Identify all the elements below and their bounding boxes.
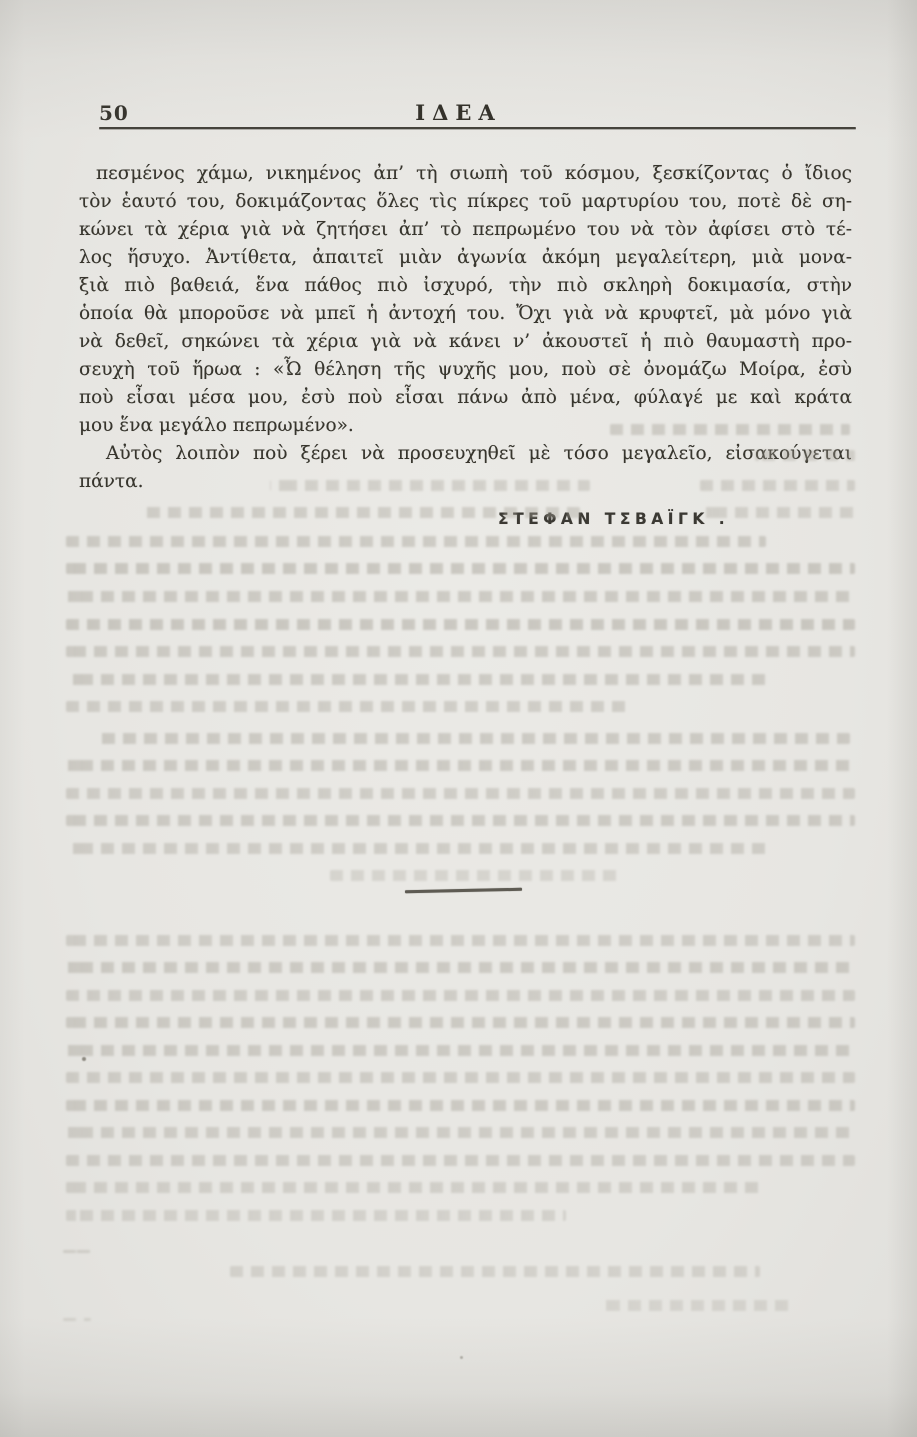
text-line: τὸν ἑαυτό του, δοκιμάζοντας ὅλες τὶς πίκ… <box>79 188 852 216</box>
bleedthrough-line <box>66 1100 855 1111</box>
text-line: νὰ δεθεῖ, σηκώνει τὰ χέρια γιὰ νὰ κάνει … <box>79 328 852 356</box>
bleedthrough-line <box>270 480 590 491</box>
bleedthrough-line <box>700 507 855 518</box>
bleedthrough-line <box>66 646 855 657</box>
bleedthrough-line <box>66 815 855 826</box>
bleedthrough-line <box>755 450 855 461</box>
bleedthrough-line <box>66 935 855 946</box>
bleedthrough-line <box>66 962 855 973</box>
bleedthrough-line <box>66 1045 855 1056</box>
bleedthrough-line <box>66 760 855 771</box>
bleedthrough-line <box>66 1072 855 1083</box>
bleedthrough-line <box>66 619 855 630</box>
bleedthrough-line <box>66 843 766 854</box>
bleedthrough-line <box>230 1266 760 1277</box>
ink-speck <box>82 1057 86 1061</box>
bleedthrough-line <box>63 1318 91 1321</box>
bleedthrough-line <box>66 1155 855 1166</box>
bleedthrough-line <box>330 870 620 881</box>
bleedthrough-line <box>95 733 850 744</box>
ink-speck <box>186 287 188 289</box>
text-line: λος ἥσυχο. Ἀντίθετα, ἀπαιτεῖ μιὰν ἀγωνία… <box>79 244 852 272</box>
bleedthrough-line <box>66 536 766 547</box>
bleedthrough-line <box>700 480 855 491</box>
bleedthrough-line <box>66 1017 855 1028</box>
bleedthrough-line <box>63 1250 98 1253</box>
page-title: ΙΔΕΑ <box>415 100 501 125</box>
bleedthrough-line <box>66 1182 766 1193</box>
paragraph: πεσμένος χάμω, νικημένος ἀπ’ τὴ σιωπὴ το… <box>79 160 852 440</box>
bleedthrough-line <box>66 990 855 1001</box>
text-line: ὁποία θὰ μποροῦσε νὰ μπεῖ ἡ ἀντοχή του. … <box>79 300 852 328</box>
page-number: 50 <box>99 101 129 125</box>
text-line: Αὐτὸς λοιπὸν ποὺ ξέρει νὰ προσευχηθεῖ μὲ… <box>79 440 852 468</box>
text-line: ποὺ εἶσαι μέσα μου, ἐσὺ ποὺ εἶσαι πάνω ἀ… <box>79 384 852 412</box>
bleedthrough-line <box>66 674 766 685</box>
bleedthrough-line <box>66 1127 855 1138</box>
text-line: κώνει τὰ χέρια γιὰ νὰ ζητήσει ἀπ’ τὸ πεπ… <box>79 216 852 244</box>
text-line: σευχὴ τοῦ ἥρωα : «Ὦ θέληση τῆς ψυχῆς μου… <box>79 356 852 384</box>
scanned-book-page: 50 ΙΔΕΑ πεσμένος χάμω, νικημένος ἀπ’ τὴ … <box>0 0 917 1437</box>
end-of-article-divider <box>405 888 522 893</box>
bleedthrough-line <box>66 1210 566 1221</box>
text-line: πεσμένος χάμω, νικημένος ἀπ’ τὴ σιωπὴ το… <box>79 160 852 188</box>
bleedthrough-line <box>610 424 850 435</box>
ink-speck <box>460 1356 463 1359</box>
bleedthrough-line <box>66 591 855 602</box>
bleedthrough-line <box>66 788 855 799</box>
article-text: πεσμένος χάμω, νικημένος ἀπ’ τὴ σιωπὴ το… <box>79 160 852 496</box>
header-rule <box>99 127 856 129</box>
bleedthrough-line <box>140 507 580 518</box>
bleedthrough-line <box>66 701 626 712</box>
bleedthrough-line <box>600 1300 790 1311</box>
text-line: ξιὰ πιὸ βαθειά, ἕνα πάθος πιὸ ἰσχυρό, τὴ… <box>79 272 852 300</box>
bleedthrough-line <box>66 563 855 574</box>
